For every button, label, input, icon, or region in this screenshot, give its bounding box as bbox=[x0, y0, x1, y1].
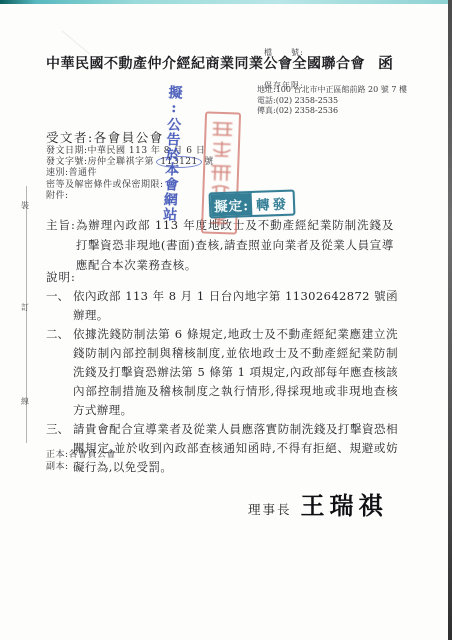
scan-edge-artifact-right bbox=[448, 0, 452, 640]
approval-stamp: 擬定: 轉發 bbox=[209, 190, 296, 219]
address-line: 地址:100 台北市中正區館前路 20 號 7 樓 bbox=[257, 85, 407, 96]
doc-number-prefix: 發文字號:房仲全聯祺字第 bbox=[46, 157, 157, 167]
distribution-block: 正本:各會員公會 副本: bbox=[46, 450, 116, 473]
scan-edge-artifact-top bbox=[0, 0, 452, 4]
signature-block: 理事長 王瑞祺 bbox=[248, 486, 388, 521]
explanation-items: 一、 依內政部 113 年 8 月 1 日台內地字第 11302642872 號… bbox=[46, 287, 398, 477]
approval-stamp-prefix: 擬定: bbox=[211, 193, 253, 216]
signer-title: 理事長 bbox=[248, 500, 292, 518]
doc-number-line: 發文字號:房仲全聯祺字第 113121 號 bbox=[46, 157, 214, 168]
binding-mark: 裝 bbox=[21, 200, 29, 211]
approval-stamp-word: 轉發 bbox=[252, 192, 294, 215]
security-line: 密等及解密條件或保密期限: bbox=[46, 180, 214, 191]
binding-mark: 線 bbox=[21, 396, 29, 407]
contact-block: 地址:100 台北市中正區館前路 20 號 7 樓 電話:(02) 2358-2… bbox=[257, 85, 407, 117]
speed-line: 速別:普通件 bbox=[46, 168, 214, 179]
fax-line: 傳真:(02) 2358-2536 bbox=[257, 106, 407, 117]
original-copy-line: 正本:各會員公會 bbox=[46, 450, 116, 462]
document-meta: 發文日期:中華民國 113 年 8 月 6 日 發文字號:房仲全聯祺字第 113… bbox=[46, 146, 214, 202]
attachment-line: 附件: bbox=[46, 191, 214, 202]
item-text: 依內政部 113 年 8 月 1 日台內地字第 11302642872 號函辦理… bbox=[73, 287, 398, 325]
duplicate-copy-line: 副本: bbox=[46, 462, 116, 474]
signer-name: 王瑞祺 bbox=[301, 486, 388, 521]
item-number: 一、 bbox=[46, 287, 73, 325]
recipient-line: 受文者:各會員公會 bbox=[46, 128, 164, 146]
explanation-label: 說明: bbox=[46, 269, 76, 285]
explanation-item: 一、 依內政部 113 年 8 月 1 日台內地字第 11302642872 號… bbox=[46, 287, 398, 325]
document-type: 函 bbox=[378, 54, 394, 72]
item-number: 二、 bbox=[46, 325, 73, 420]
telephone-line: 電話:(02) 2358-2535 bbox=[257, 96, 407, 107]
document-title: 中華民國不動產仲介經紀商業同業公會全國聯合會函 bbox=[46, 52, 394, 73]
explanation-item: 二、 依據洗錢防制法第 6 條規定,地政士及不動產經紀業應建立洗錢防制內部控制與… bbox=[46, 325, 398, 420]
item-text: 依據洗錢防制法第 6 條規定,地政士及不動產經紀業應建立洗錢防制內部控制與稽核制… bbox=[73, 325, 398, 420]
binding-mark: 訂 bbox=[21, 302, 29, 313]
paper-fold-mark bbox=[62, 31, 90, 55]
subject-label: 主旨: bbox=[46, 215, 76, 275]
organization-name: 中華民國不動產仲介經紀商業同業公會全國聯合會 bbox=[46, 56, 365, 72]
item-text: 請貴會配合宣導業者及從業人員應落實防制洗錢及打擊資恐相關規定,並於收到內政部查核… bbox=[73, 420, 398, 477]
